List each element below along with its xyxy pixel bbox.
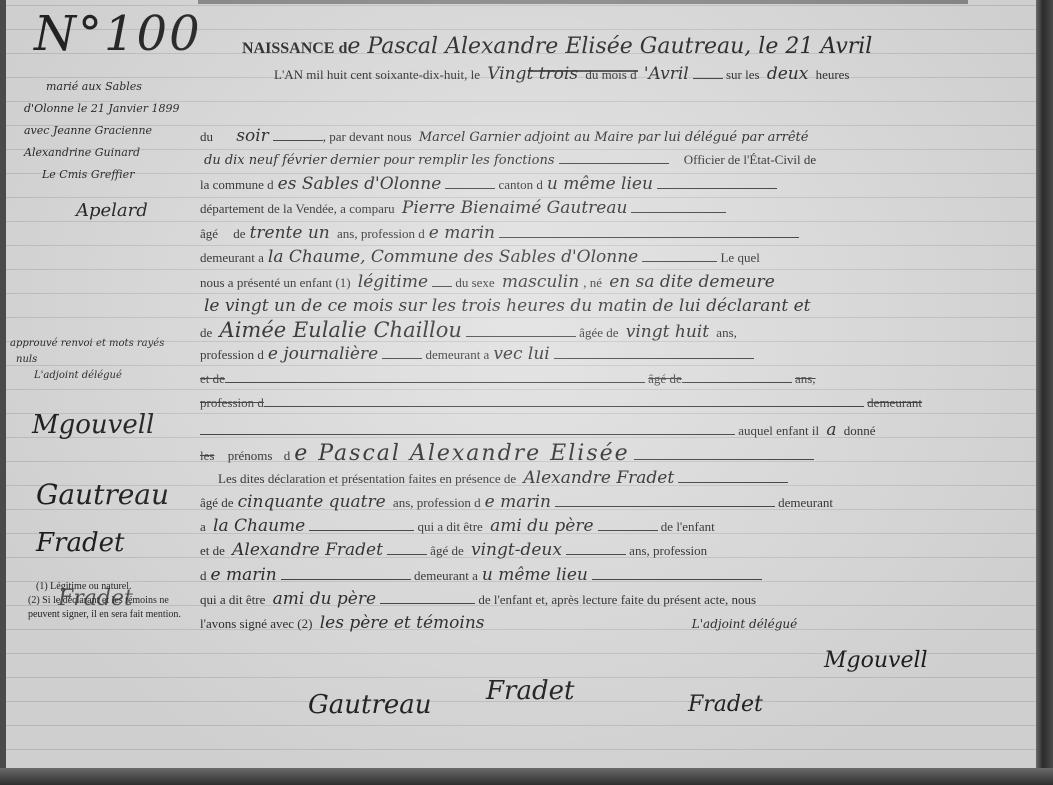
body-line-1: L'AN mil huit cent soixante-dix-huit, le…	[274, 62, 1034, 86]
handwritten-father-profession: e marin	[425, 223, 499, 243]
handwritten-mother-residence: vec lui	[489, 344, 553, 364]
handwritten-mother-name: Aimée Eulalie Chaillou	[216, 318, 466, 342]
printed-text: auquel enfant il	[738, 423, 819, 438]
margin-signature-greffier: Apelard	[76, 200, 148, 221]
printed-text: l'avons signé avec (2)	[200, 616, 312, 631]
signature-father: Gautreau	[308, 690, 432, 720]
printed-text: de l'enfant et, après lecture faite du p…	[478, 592, 756, 607]
handwritten-witness1-profession: e marin	[481, 492, 555, 512]
handwritten-witness2-profession: e marin	[207, 565, 281, 585]
printed-text: nous a présenté un enfant (1)	[200, 275, 351, 290]
margin-signature-father: Gautreau	[36, 478, 169, 511]
top-border	[198, 0, 968, 4]
handwritten-canton: u même lieu	[543, 174, 657, 194]
body-line-16: Les dites déclaration et présentation fa…	[218, 466, 978, 490]
printed-text: demeurant a	[425, 347, 489, 362]
printed-text: demeurant a	[200, 250, 264, 265]
body-line-13-struck: profession d demeurant	[200, 391, 960, 415]
footnotes: (1) Légitime ou naturel. (2) Si le décla…	[28, 580, 188, 622]
body-line-3: du dix neuf février dernier pour remplir…	[200, 148, 960, 172]
printed-text: de l'enfant	[661, 519, 715, 534]
printed-text: département de la Vendée, a comparu	[200, 201, 395, 216]
margin-line: avec Jeanne Gracienne	[24, 120, 204, 142]
margin-line: d'Olonne le 21 Janvier 1899	[24, 98, 204, 120]
margin-signature-witness1: Fradet	[36, 528, 124, 558]
margin-line: approuvé renvoi et mots rayés	[10, 336, 190, 352]
signature-adjoint: Mgouvell	[824, 648, 928, 673]
handwritten-legitimacy: légitime	[354, 272, 432, 292]
footnote-1: (1) Légitime ou naturel.	[28, 580, 188, 594]
printed-text: du sexe	[455, 275, 494, 290]
printed-text: ans, profession	[629, 543, 707, 558]
handwritten-father-residence: la Chaume, Commune des Sables d'Olonne	[264, 247, 642, 267]
handwritten-witness1-residence: la Chaume	[209, 516, 309, 536]
body-line-19: et de Alexandre Fradet âgé de vingt-deux…	[200, 538, 960, 562]
body-line-2: du soir, par devant nous Marcel Garnier …	[200, 124, 960, 148]
printed-text: ans,	[716, 325, 737, 340]
struck-text: profession d	[200, 395, 264, 410]
printed-text: âgée de	[579, 325, 618, 340]
margin-line: marié aux Sables	[24, 76, 204, 98]
printed-text: prénoms	[218, 448, 273, 463]
body-line-17: âgé decinquante quatre ans, profession d…	[200, 490, 960, 514]
handwritten-mother-age: vingt huit	[622, 322, 713, 342]
document-page: N°100 NAISSANCE de Pascal Alexandre Elis…	[0, 0, 1042, 768]
printed-text: profession d	[200, 347, 264, 362]
printed-text: , né	[583, 275, 602, 290]
handwritten-hour: deux	[763, 64, 812, 84]
margin-signature-adjoint: Mgouvell	[32, 410, 154, 440]
printed-text: ans, profession d	[393, 495, 481, 510]
printed-text: âgé	[200, 226, 218, 241]
handwritten-father-age: trente un	[246, 223, 334, 243]
handwritten-time-of-day: soir	[216, 126, 273, 146]
body-line-12-struck: et de âgé de ans,	[200, 367, 960, 391]
signature-witness2: Fradet	[688, 692, 763, 717]
handwritten-witness1-name: Alexandre Fradet	[519, 468, 678, 488]
record-number: N°100	[34, 6, 202, 62]
printed-text: Le quel	[720, 250, 759, 265]
printed-text: canton d	[499, 177, 543, 192]
printed-text: sur les	[726, 67, 760, 82]
body-line-7: demeurant ala Chaume, Commune des Sables…	[200, 245, 960, 269]
body-line-14: auquel enfant il a donné	[200, 418, 960, 442]
handwritten-sex: masculin	[498, 272, 583, 292]
margin-line: L'adjoint délégué	[10, 368, 190, 384]
book-binding-edge	[1036, 0, 1053, 785]
body-line-21: qui a dit être ami du père de l'enfant e…	[200, 587, 960, 611]
handwritten-adjoint-label: L'adjoint délégué	[492, 617, 802, 631]
printed-text: qui a dit être	[200, 592, 265, 607]
handwritten-mother-profession: e journalière	[264, 344, 382, 364]
body-line-4: la commune des Sables d'Olonne canton du…	[200, 172, 960, 196]
body-line-6: âgé detrente un ans, profession de marin	[200, 221, 960, 245]
printed-text: âgé de	[430, 543, 464, 558]
printed-text: et de	[200, 543, 225, 558]
handwritten-officer: Marcel Garnier adjoint au Maire par lui …	[415, 130, 813, 145]
printed-text: L'AN mil huit cent soixante-dix-huit, le	[274, 67, 480, 82]
footnote-2: (2) Si le déclarant et les témoins ne pe…	[28, 594, 188, 622]
struck-text: et de	[200, 371, 225, 386]
printed-text: de	[200, 325, 212, 340]
handwritten-witness2-relation: ami du père	[269, 589, 380, 609]
struck-text: âgé de	[648, 371, 682, 386]
printed-text: de	[221, 226, 245, 241]
printed-text: d	[200, 568, 207, 583]
handwritten-witness1-age: cinquante quatre	[234, 492, 390, 512]
handwritten-birthplace: en sa dite demeure	[605, 272, 779, 292]
printed-text: , par devant nous	[323, 129, 412, 144]
handwritten-verb: a	[822, 420, 840, 440]
handwritten-witness2-name: Alexandre Fradet	[228, 540, 387, 560]
body-line-15: les prénoms de Pascal Alexandre Elisée	[200, 442, 960, 466]
printed-text: demeurant	[778, 495, 833, 510]
handwritten-witness2-age: vingt-deux	[467, 540, 566, 560]
handwritten-delegation: du dix neuf février dernier pour remplir…	[200, 153, 559, 168]
printed-text: âgé de	[200, 495, 234, 510]
body-line-18: a la Chaume qui a dit être ami du père d…	[200, 514, 960, 538]
body-line-22: l'avons signé avec (2) les père et témoi…	[200, 611, 960, 635]
body-line-5: département de la Vendée, a comparu Pier…	[200, 196, 960, 220]
body-line-11: profession de journalière demeurant avec…	[200, 342, 960, 366]
handwritten-birth-details: le vingt un de ce mois sur les trois heu…	[200, 296, 814, 316]
handwritten-father-name: Pierre Bienaimé Gautreau	[398, 198, 632, 218]
margin-marriage-note: marié aux Sables d'Olonne le 21 Janvier …	[24, 76, 204, 186]
body-line-9: le vingt un de ce mois sur les trois heu…	[200, 294, 960, 318]
title-printed: NAISSANCE d	[242, 40, 347, 57]
margin-line: Le Cmis Greffier	[24, 164, 204, 186]
handwritten-day: Vingt trois	[483, 64, 582, 84]
printed-text: Les dites déclaration et présentation fa…	[218, 471, 516, 486]
handwritten-commune: es Sables d'Olonne	[274, 174, 446, 194]
printed-text: d	[276, 448, 291, 463]
handwritten-signatories: les père et témoins	[316, 613, 489, 633]
title-handwritten: e Pascal Alexandre Elisée Gautreau, le 2…	[347, 34, 872, 59]
printed-text: ans, profession d	[337, 226, 425, 241]
record-title: NAISSANCE de Pascal Alexandre Elisée Gau…	[242, 34, 1002, 59]
margin-line: Alexandrine Guinard	[24, 142, 204, 164]
body-line-10: de Aimée Eulalie Chaillou âgée de vingt …	[200, 318, 960, 342]
body-line-20: de marin demeurant au même lieu	[200, 563, 960, 587]
margin-approval-note: approuvé renvoi et mots rayés nuls L'adj…	[10, 336, 190, 384]
handwritten-witness2-residence: u même lieu	[478, 565, 592, 585]
printed-text: du mois d	[585, 67, 636, 82]
margin-line: nuls	[10, 352, 190, 368]
printed-text: du	[200, 129, 213, 144]
struck-text: demeurant	[867, 395, 922, 410]
signature-witness1: Fradet	[486, 676, 574, 706]
handwritten-witness1-relation: ami du père	[486, 516, 597, 536]
printed-text: a	[200, 519, 206, 534]
printed-text: Officier de l'État-Civil de	[672, 152, 816, 167]
printed-text: la commune d	[200, 177, 274, 192]
handwritten-month: 'Avril	[640, 64, 693, 84]
printed-text: qui a dit être	[417, 519, 482, 534]
handwritten-child-names: e Pascal Alexandre Elisée	[290, 441, 633, 466]
page-bottom-edge	[0, 768, 1053, 785]
struck-text: ans,	[795, 371, 816, 386]
printed-text: donné	[844, 423, 876, 438]
printed-text: demeurant a	[414, 568, 478, 583]
struck-text: les	[200, 448, 214, 463]
body-line-8: nous a présenté un enfant (1) légitime d…	[200, 270, 960, 294]
printed-text: heures	[816, 67, 850, 82]
